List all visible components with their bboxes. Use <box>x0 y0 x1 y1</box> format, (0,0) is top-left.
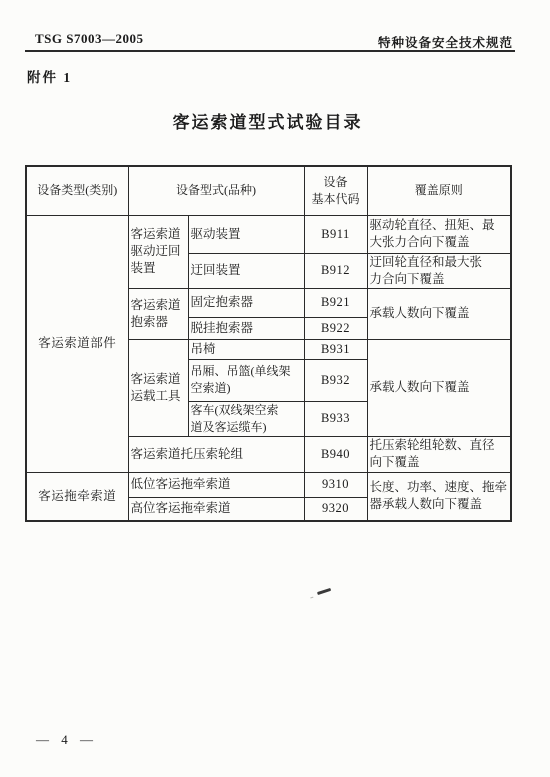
code-cell-b940: B940 <box>304 436 367 472</box>
column-header-equipment-code: 设备 基本代码 <box>304 166 367 215</box>
coverage-cell-b940: 托压索轮组轮数、直径 向下覆盖 <box>367 436 511 472</box>
model-cell-carriage: 客车(双线架空索 道及客运缆车) <box>188 401 304 436</box>
code-cell-b912: B912 <box>304 253 367 288</box>
coverage-cell-carrier: 承载人数向下覆盖 <box>367 339 511 436</box>
equipment-type-cell-ropeway-parts: 客运索道部件 <box>26 215 128 472</box>
equipment-type-cell-tow-ropeway: 客运拖牵索道 <box>26 472 128 521</box>
column-header-equipment-type: 设备类型(类别) <box>26 166 128 215</box>
code-cell-b932: B932 <box>304 359 367 401</box>
code-cell-b921: B921 <box>304 288 367 317</box>
group-cell-grip: 客运索道 抱索器 <box>128 288 188 339</box>
group-cell-drive-return: 客运索道 驱动迂回 装置 <box>128 215 188 288</box>
coverage-cell-b911: 驱动轮直径、扭矩、最 大张力合向下覆盖 <box>367 215 511 253</box>
code-cell-b933: B933 <box>304 401 367 436</box>
group-cell-carrier: 客运索道 运载工具 <box>128 339 188 436</box>
header-rule <box>25 50 515 52</box>
model-cell-sheave-assembly: 客运索道托压索轮组 <box>128 436 304 472</box>
ink-smudge <box>317 588 331 595</box>
model-cell-return-device: 迂回装置 <box>188 253 304 288</box>
document-title: 客运索道型式试验目录 <box>25 108 510 133</box>
document-code: TSG S7003—2005 <box>35 31 144 47</box>
coverage-cell-tow: 长度、功率、速度、拖牵 器承载人数向下覆盖 <box>367 472 511 521</box>
code-cell-b931: B931 <box>304 339 367 359</box>
coverage-cell-grip: 承载人数向下覆盖 <box>367 288 511 339</box>
model-cell-detachable-grip: 脱挂抱索器 <box>188 317 304 339</box>
page-number: — 4 — <box>36 732 94 748</box>
model-cell-fixed-grip: 固定抱索器 <box>188 288 304 317</box>
code-cell-9310: 9310 <box>304 472 367 497</box>
model-cell-low-tow: 低位客运拖牵索道 <box>128 472 304 497</box>
model-cell-chair: 吊椅 <box>188 339 304 359</box>
coverage-cell-b912: 迂回轮直径和最大张 力合向下覆盖 <box>367 253 511 288</box>
document-standard-name: 特种设备安全技术规范 <box>378 33 513 51</box>
column-header-equipment-model: 设备型式(品种) <box>128 166 304 215</box>
document-page: TSG S7003—2005 特种设备安全技术规范 附件 1 客运索道型式试验目… <box>0 0 550 777</box>
model-cell-drive-device: 驱动装置 <box>188 215 304 253</box>
model-cell-cabin-basket: 吊厢、吊篮(单线架 空索道) <box>188 359 304 401</box>
model-cell-high-tow: 高位客运拖牵索道 <box>128 497 304 521</box>
code-cell-b911: B911 <box>304 215 367 253</box>
code-cell-9320: 9320 <box>304 497 367 521</box>
column-header-coverage-principle: 覆盖原则 <box>367 166 511 215</box>
code-cell-b922: B922 <box>304 317 367 339</box>
type-test-catalog-table: 设备类型(类别) 设备型式(品种) 设备 基本代码 覆盖原则 客运索道部件 客运… <box>25 165 512 522</box>
attachment-label: 附件 1 <box>27 66 72 86</box>
